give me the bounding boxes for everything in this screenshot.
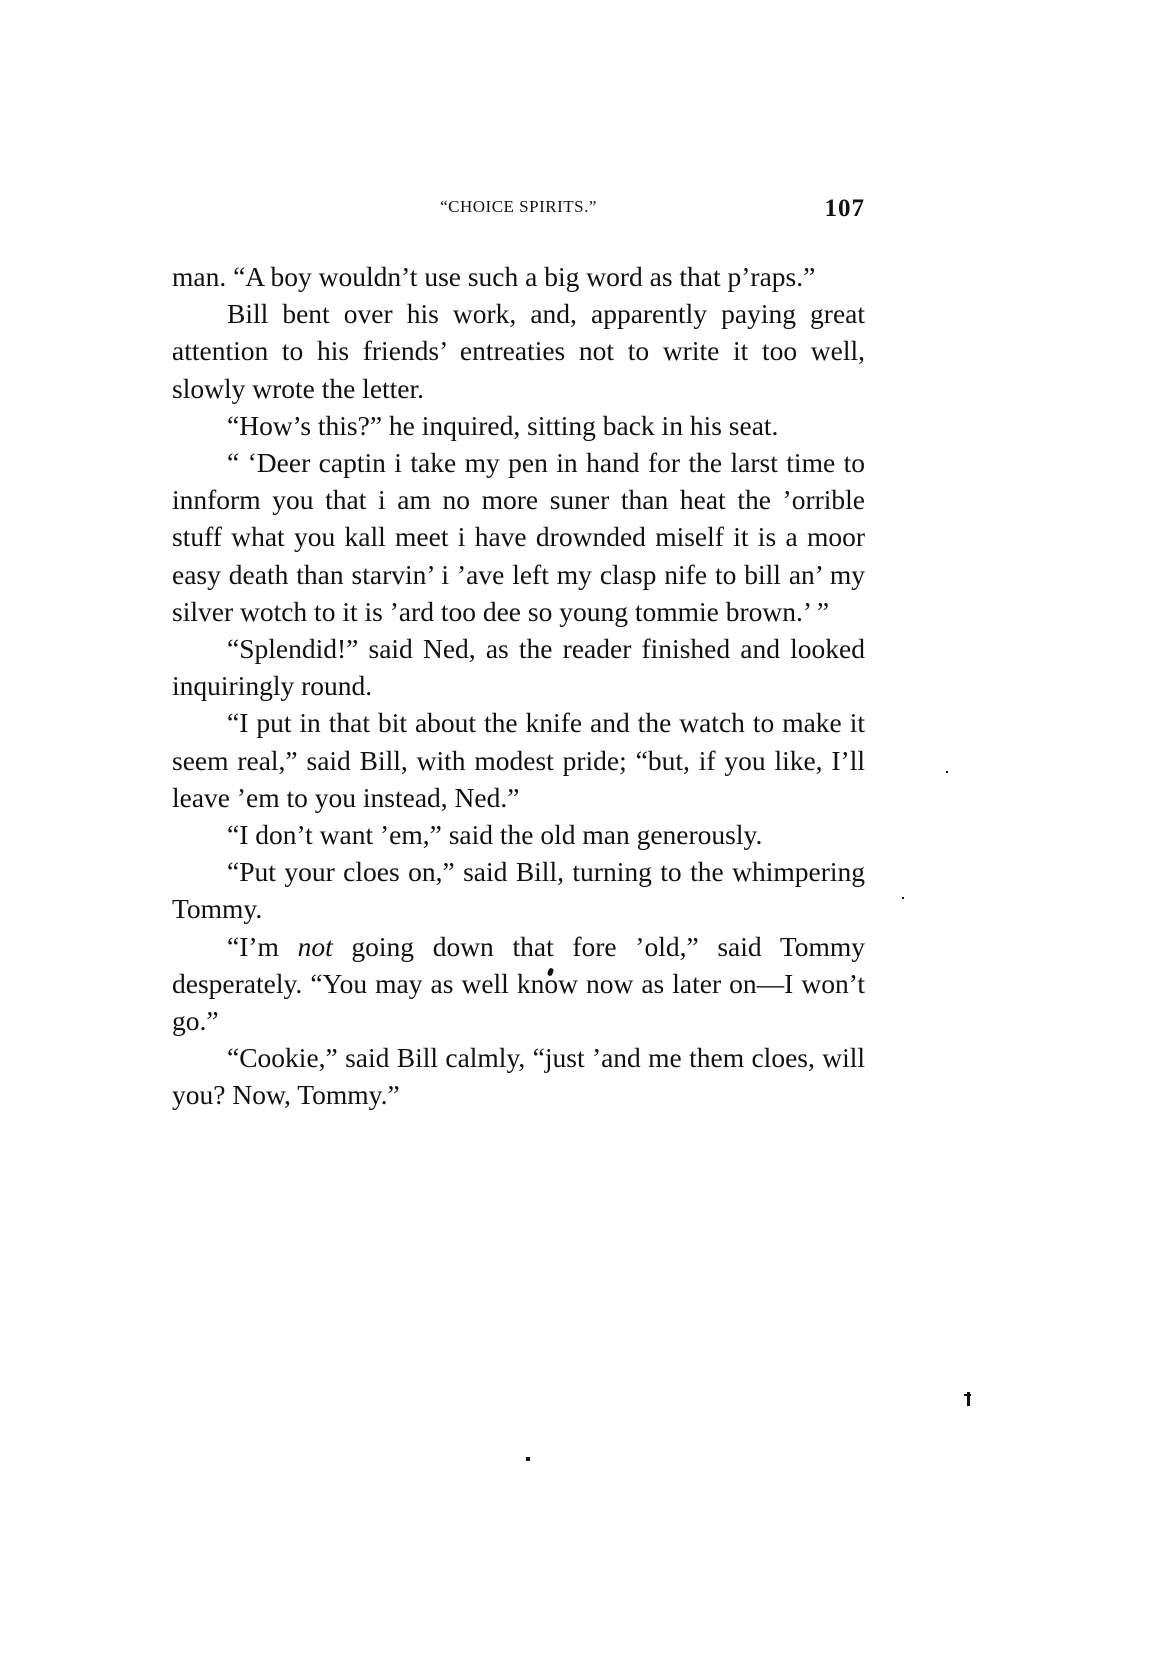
scan-speck [964, 1394, 971, 1396]
paragraph: “I’m not going down that fore ’old,” sai… [172, 928, 865, 1040]
scan-speck [902, 897, 904, 899]
paragraph: Bill bent over his work, and, apparently… [172, 295, 865, 407]
paragraph: “Splendid!” said Ned, as the reader fini… [172, 630, 865, 704]
paragraph: man. “A boy wouldn’t use such a big word… [172, 258, 865, 295]
paragraph: “I put in that bit about the knife and t… [172, 704, 865, 816]
paragraph: “ ‘Deer captin i take my pen in hand for… [172, 444, 865, 630]
scan-speck [173, 353, 175, 356]
paragraph: “How’s this?” he inquired, sitting back … [172, 407, 865, 444]
book-page: “CHOICE SPIRITS.” 107 man. “A boy wouldn… [0, 0, 1154, 1654]
scan-speck [946, 771, 948, 773]
page-number: 107 [825, 195, 866, 223]
body-text: man. “A boy wouldn’t use such a big word… [172, 258, 865, 1114]
paragraph: “I don’t want ’em,” said the old man gen… [172, 816, 865, 853]
emphasis-text: not [298, 931, 333, 962]
scan-speck [526, 1457, 530, 1461]
paragraph: “Cookie,” said Bill calmly, “just ’and m… [172, 1039, 865, 1113]
paragraph-text: “I’m [227, 931, 298, 962]
running-header: “CHOICE SPIRITS.” 107 [172, 195, 865, 225]
paragraph: “Put your cloes on,” said Bill, turning … [172, 853, 865, 927]
running-title: “CHOICE SPIRITS.” [172, 197, 865, 217]
